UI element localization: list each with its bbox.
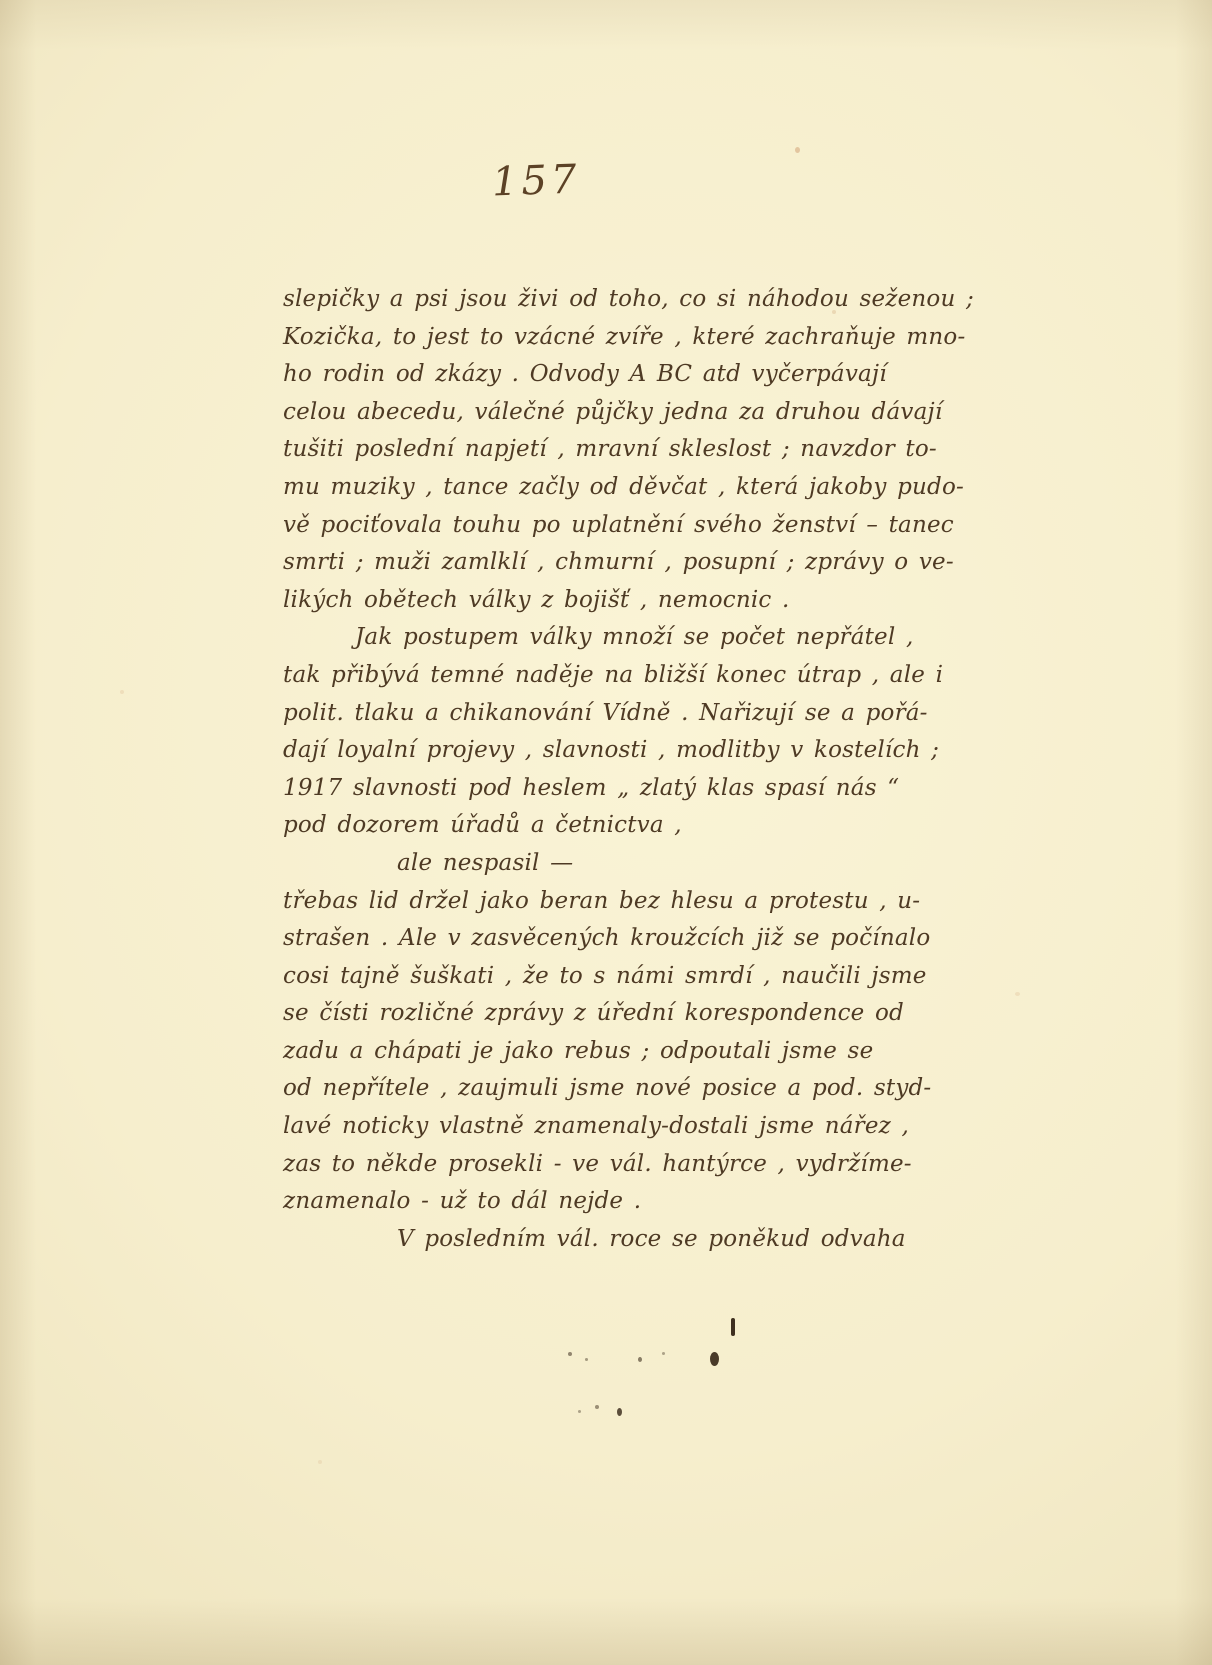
manuscript-line: vě pociťovala touhu po uplatnění svého ž… bbox=[283, 507, 943, 545]
age-spot bbox=[832, 310, 836, 314]
manuscript-line: smrti ; muži zamlklí , chmurní , posupní… bbox=[283, 544, 943, 582]
manuscript-line: Jak postupem války množí se počet nepřát… bbox=[283, 619, 943, 657]
ink-speck bbox=[578, 1410, 581, 1413]
ink-speck bbox=[568, 1352, 572, 1356]
ink-speck bbox=[662, 1352, 665, 1355]
manuscript-line: ho rodin od zkázy . Odvody A BC atd vyče… bbox=[283, 356, 943, 394]
age-spot bbox=[795, 147, 800, 153]
manuscript-line: zadu a chápati je jako rebus ; odpoutali… bbox=[283, 1033, 943, 1071]
manuscript-line: ale nespasil — bbox=[283, 845, 943, 883]
manuscript-line: třebas lid držel jako beran bez hlesu a … bbox=[283, 883, 943, 921]
manuscript-line: mu muziky , tance začly od děvčat , kter… bbox=[283, 469, 943, 507]
ink-blot-dot bbox=[710, 1352, 719, 1366]
manuscript-line: pod dozorem úřadů a četnictva , bbox=[283, 807, 943, 845]
age-spot bbox=[318, 1460, 322, 1464]
ink-speck bbox=[617, 1408, 622, 1416]
manuscript-line: cosi tajně šuškati , že to s námi smrdí … bbox=[283, 958, 943, 996]
ink-speck bbox=[585, 1358, 588, 1361]
manuscript-line: tak přibývá temné naděje na bližší konec… bbox=[283, 657, 943, 695]
manuscript-line: Kozička, to jest to vzácné zvíře , které… bbox=[283, 319, 943, 357]
manuscript-line: od nepřítele , zaujmuli jsme nové posice… bbox=[283, 1070, 943, 1108]
manuscript-line: se čísti rozličné zprávy z úřední koresp… bbox=[283, 995, 943, 1033]
manuscript-line: celou abecedu, válečné půjčky jedna za d… bbox=[283, 394, 943, 432]
manuscript-line: strašen . Ale v zasvěcených kroužcích ji… bbox=[283, 920, 943, 958]
ink-blot-stem bbox=[731, 1318, 735, 1336]
page-number: 157 bbox=[491, 156, 581, 205]
manuscript-line: znamenalo - už to dál nejde . bbox=[283, 1183, 943, 1221]
manuscript-line: V posledním vál. roce se poněkud odvaha bbox=[283, 1221, 943, 1259]
age-spot bbox=[120, 690, 124, 694]
ink-speck bbox=[638, 1357, 642, 1362]
age-spot bbox=[1015, 992, 1020, 996]
manuscript-line: zas to někde prosekli - ve vál. hantýrce… bbox=[283, 1146, 943, 1184]
manuscript-text: slepičky a psi jsou živi od toho, co si … bbox=[283, 281, 943, 1258]
manuscript-line: 1917 slavnosti pod heslem „ zlatý klas s… bbox=[283, 770, 943, 808]
manuscript-line: polit. tlaku a chikanování Vídně . Nařiz… bbox=[283, 695, 943, 733]
manuscript-line: likých obětech války z bojišť , nemocnic… bbox=[283, 582, 943, 620]
ink-speck bbox=[595, 1405, 599, 1409]
manuscript-line: tušiti poslední napjetí , mravní skleslo… bbox=[283, 431, 943, 469]
manuscript-line: lavé noticky vlastně znamenaly-dostali j… bbox=[283, 1108, 943, 1146]
manuscript-line: slepičky a psi jsou živi od toho, co si … bbox=[283, 281, 943, 319]
manuscript-line: dají loyalní projevy , slavnosti , modli… bbox=[283, 732, 943, 770]
